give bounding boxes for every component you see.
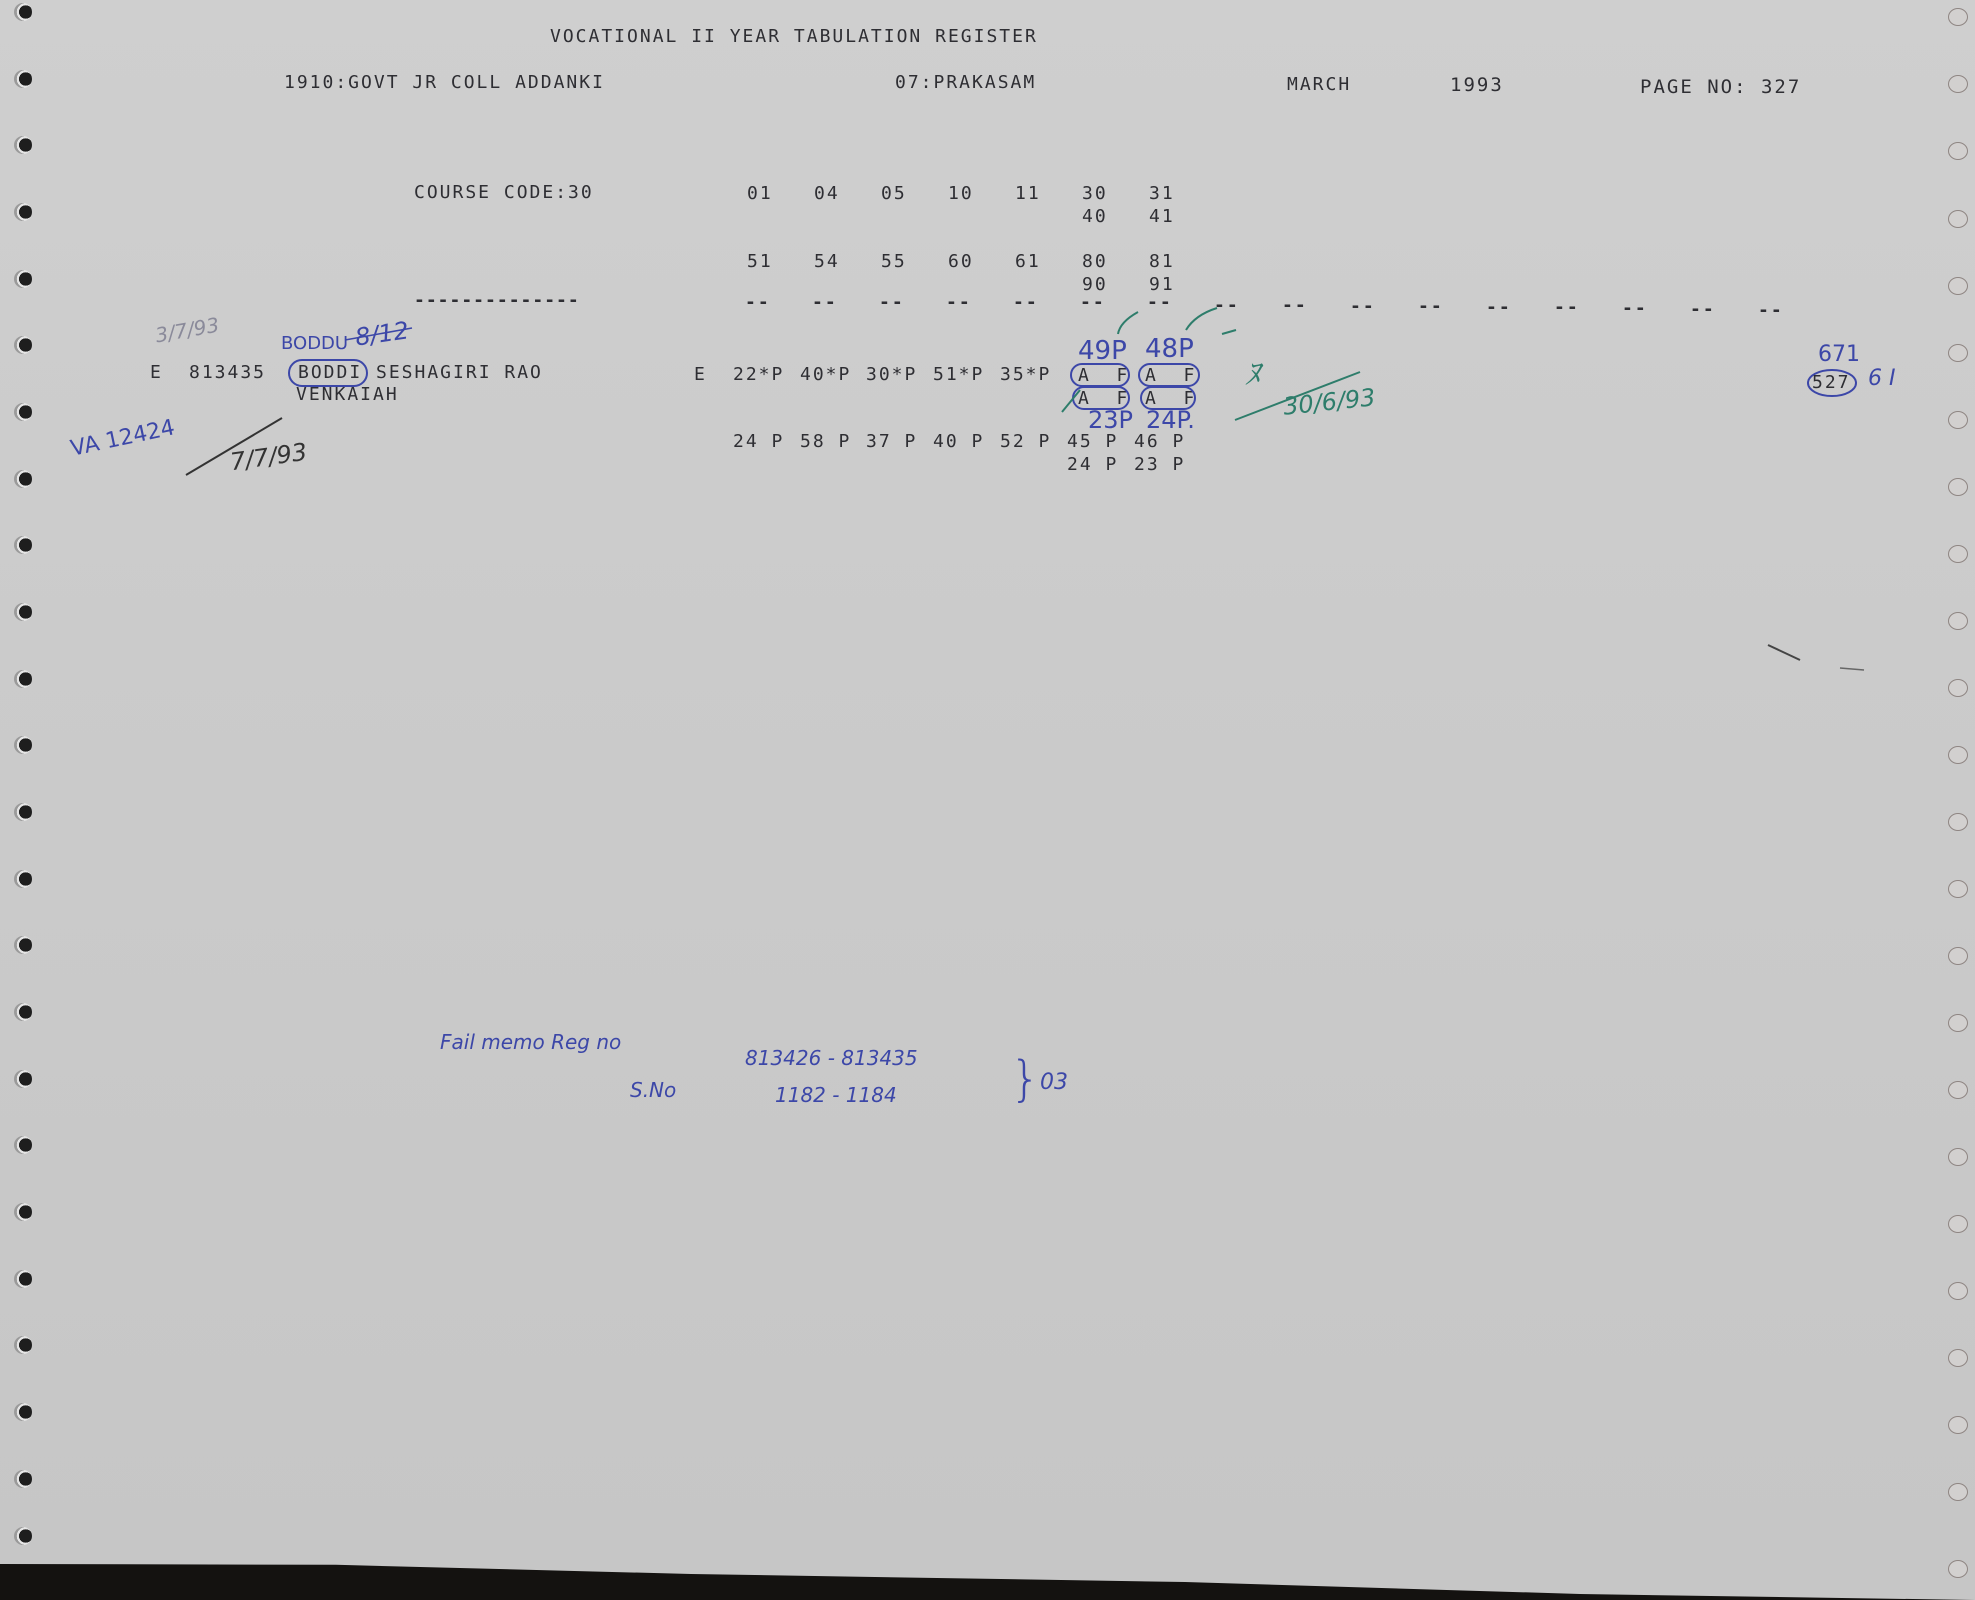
- brace: }: [1010, 1055, 1041, 1103]
- verifier-signature: ﾇ: [1245, 360, 1260, 390]
- total-marks-corrected: 671: [1818, 344, 1860, 366]
- total-marks-original: 527: [1812, 374, 1851, 392]
- footer-sno-label: S.No: [630, 1080, 676, 1100]
- pen-strokes: [0, 0, 1975, 1600]
- footer-reg-range: 813426 - 813435: [745, 1048, 918, 1068]
- footer-note-label: Fail memo Reg no: [440, 1032, 621, 1052]
- footer-sno-range: 1182 - 1184: [775, 1085, 897, 1105]
- grade-note: 6 I: [1868, 368, 1895, 390]
- footer-count: 03: [1040, 1072, 1068, 1094]
